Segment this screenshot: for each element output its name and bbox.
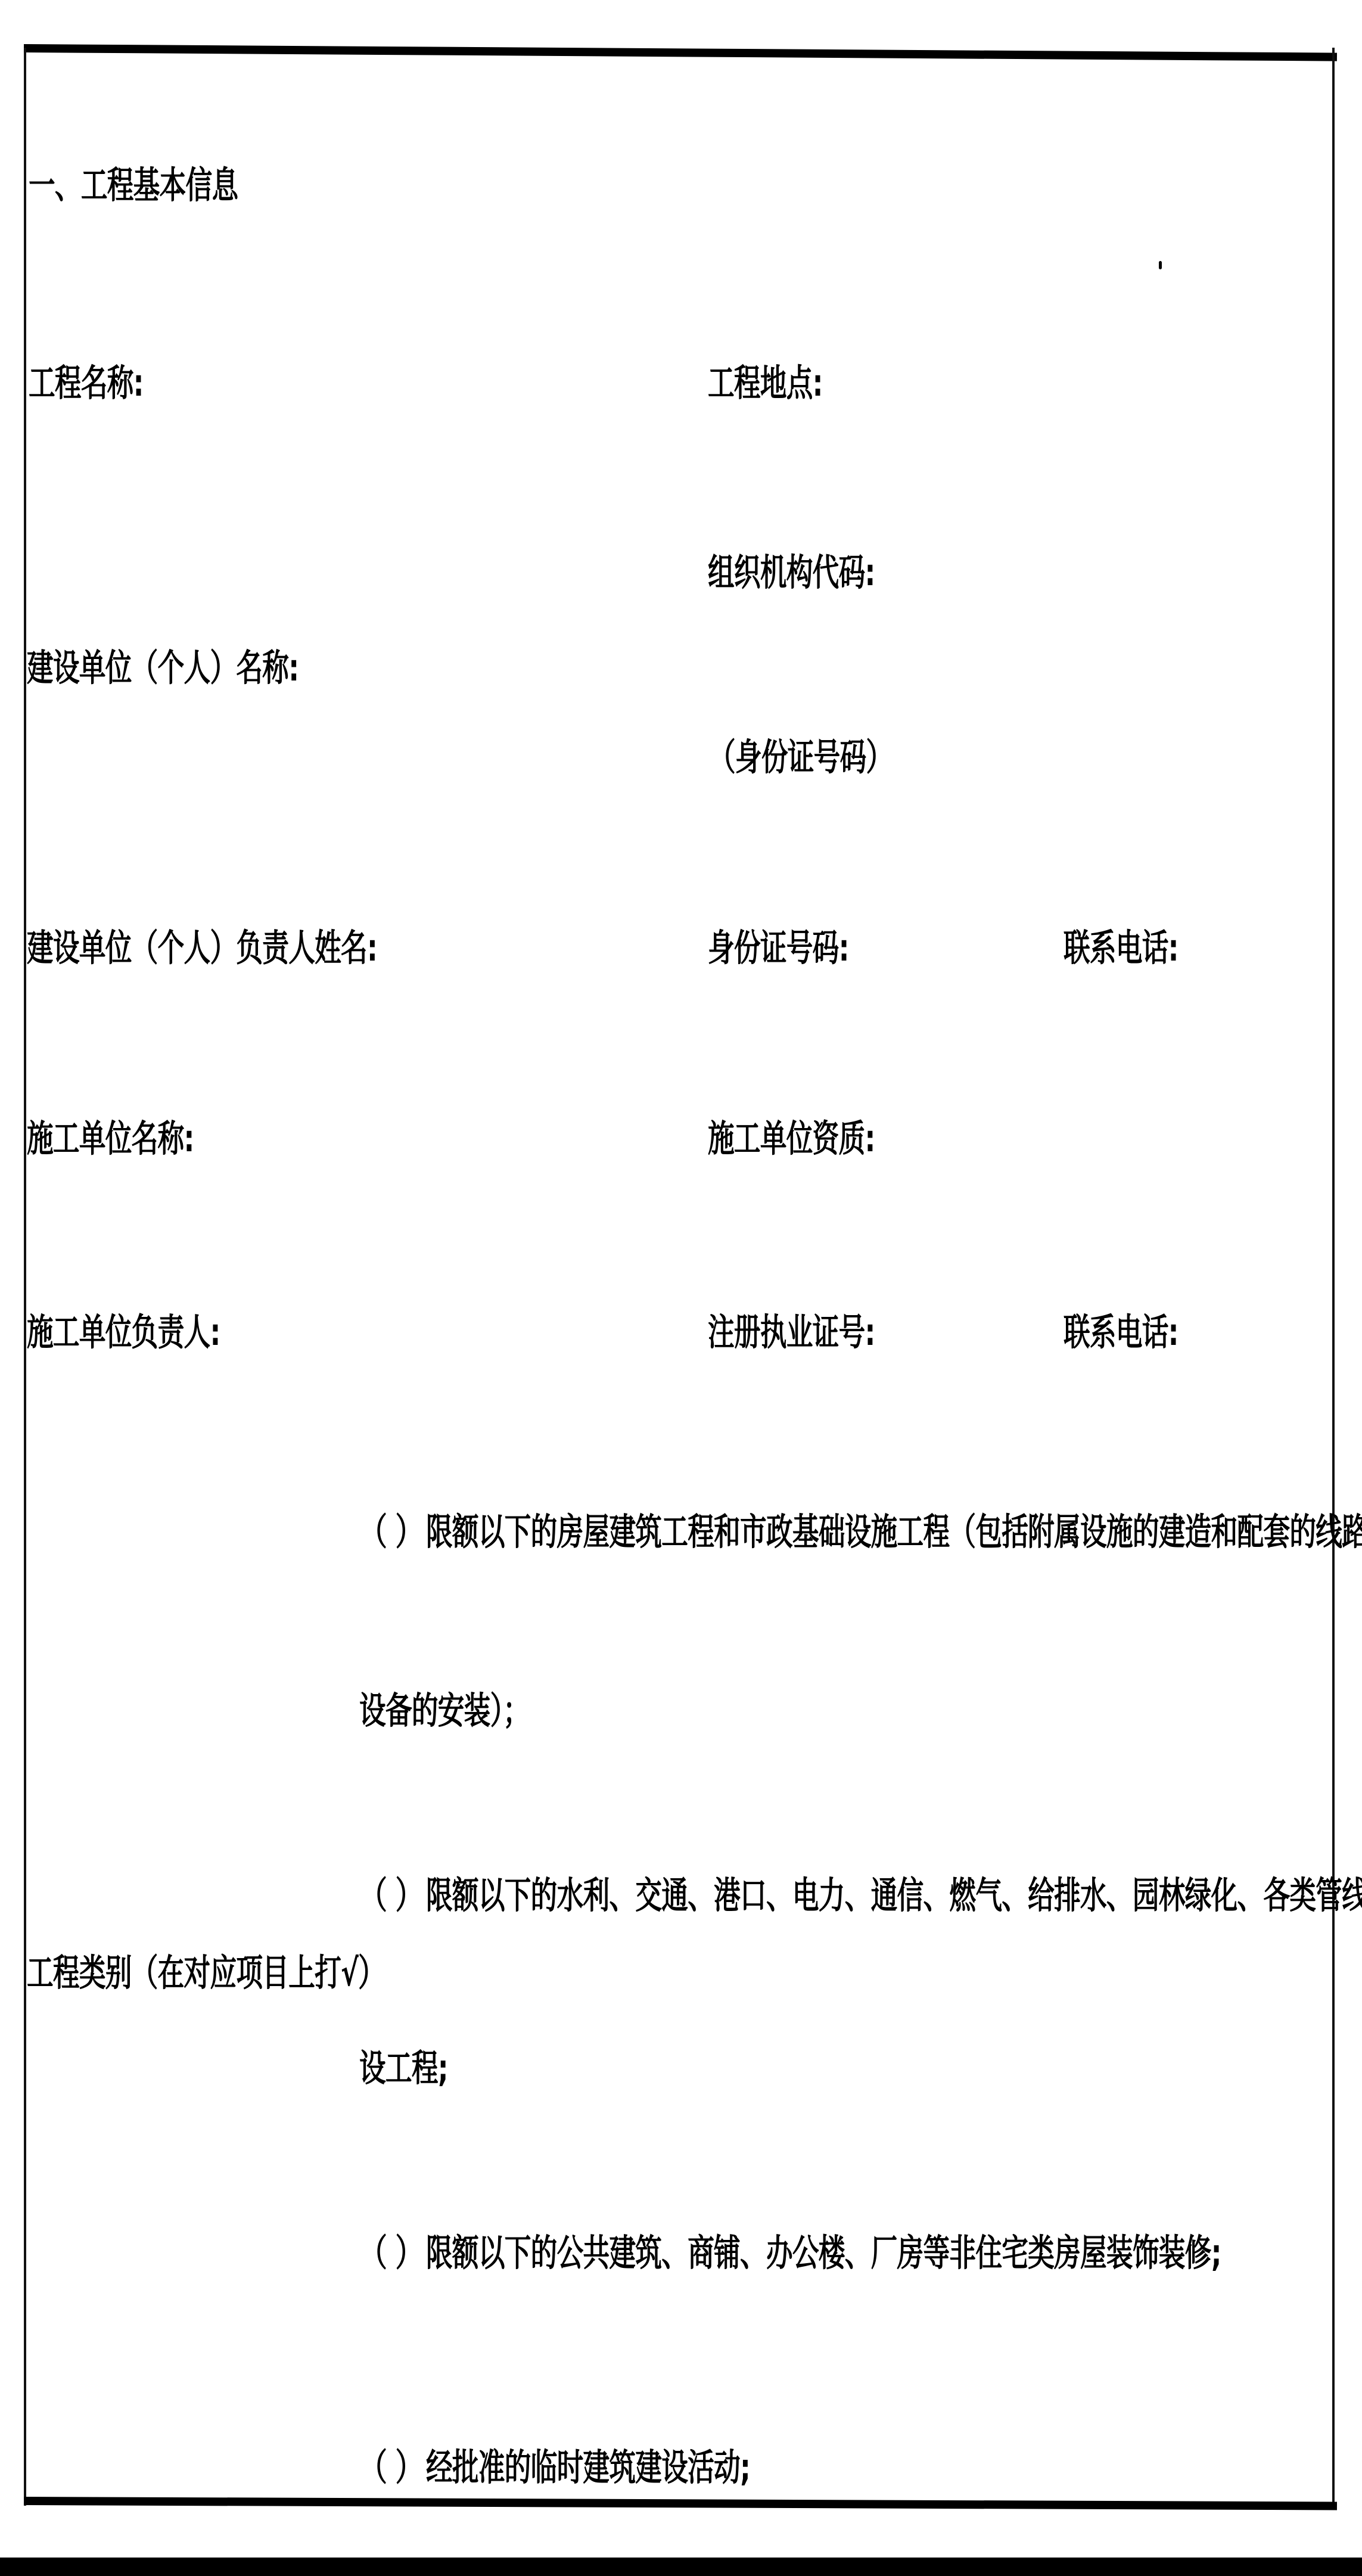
builder-leader-name-label: 建设单位（个人）负责人姓名: xyxy=(27,930,377,967)
category-3-checkbox[interactable]: （ ） xyxy=(360,2235,422,2272)
category-4-checkbox[interactable]: （ ） xyxy=(360,2449,422,2486)
category-2-line1: 限额以下的水利、交通、港口、电力、通信、燃气、给排水、园林绿化、各类管线施工等建 xyxy=(426,1877,1362,1914)
project-location-label: 工程地点: xyxy=(708,365,823,402)
category-1-line1: 限额以下的房屋建筑工程和市政基础设施工程（包括附属设施的建造和配套的线路、管道、 xyxy=(426,1514,1362,1550)
category-1-line2: 设备的安装）； xyxy=(359,1692,529,1729)
project-name-label: 工程名称: xyxy=(29,365,144,402)
id-number-label: （身份证号码） xyxy=(709,739,892,776)
contractor-leader-label: 施工单位负责人: xyxy=(27,1314,220,1351)
builder-leader-id-label: 身份证号码: xyxy=(708,930,849,967)
contractor-phone-label: 联系电话: xyxy=(1064,1314,1178,1351)
category-1-checkbox[interactable]: （ ） xyxy=(360,1514,422,1550)
page-bottom-edge xyxy=(0,2558,1362,2576)
scan-artifact xyxy=(1159,261,1162,269)
section-title: 一、工程基本信息 xyxy=(29,167,238,204)
category-4-line1: 经批准的临时建筑建设活动; xyxy=(426,2449,750,2486)
category-2-checkbox[interactable]: （ ） xyxy=(360,1877,422,1914)
builder-leader-phone-label: 联系电话: xyxy=(1064,930,1178,967)
builder-name-label: 建设单位（个人）名称: xyxy=(27,650,298,686)
contractor-qualification-label: 施工单位资质: xyxy=(708,1120,875,1157)
project-category-label: 工程类别（在对应项目上打√） xyxy=(27,1954,384,1991)
contractor-license-label: 注册执业证号: xyxy=(708,1314,875,1351)
org-code-label: 组织机构代码: xyxy=(708,554,875,591)
contractor-name-label: 施工单位名称: xyxy=(27,1120,194,1157)
form-table-frame xyxy=(24,48,1335,2506)
category-2-line2: 设工程; xyxy=(359,2050,448,2087)
category-3-line1: 限额以下的公共建筑、商铺、办公楼、厂房等非住宅类房屋装饰装修; xyxy=(426,2235,1221,2272)
